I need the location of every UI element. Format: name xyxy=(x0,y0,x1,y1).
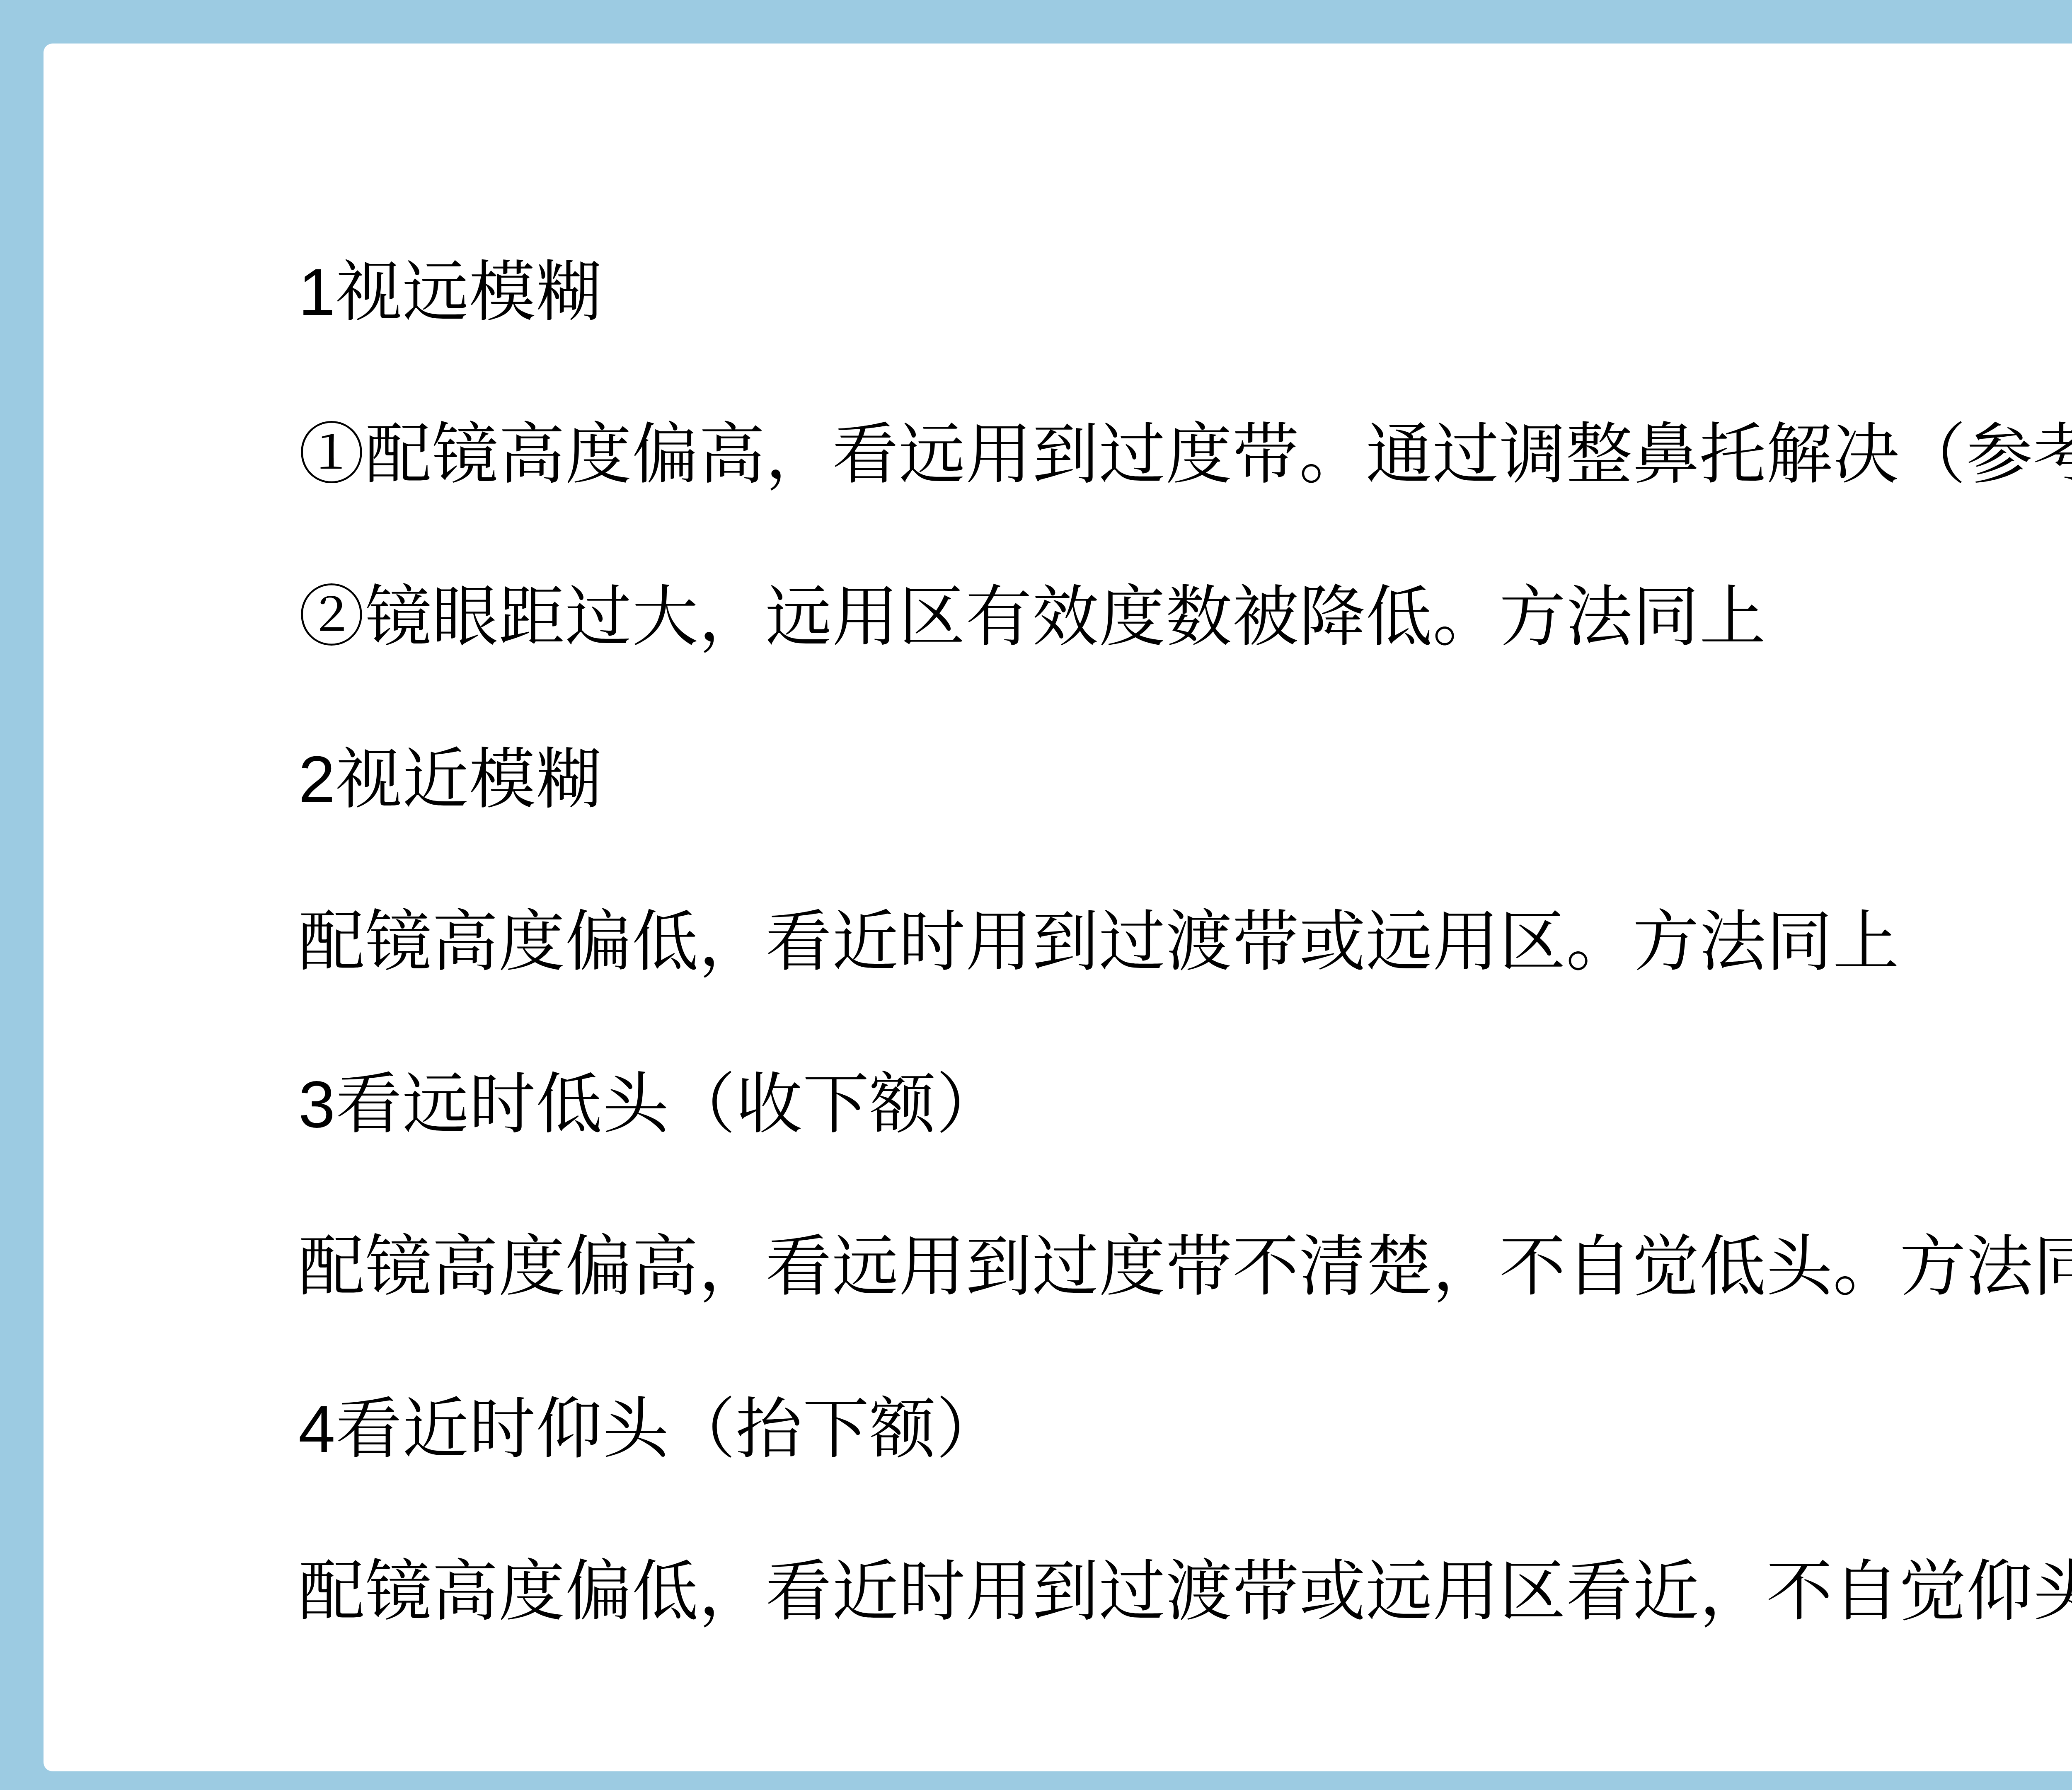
slide-background: 1视远模糊 ①配镜高度偏高，看远用到过度带。通过调整鼻托解决（参考鼻托调整方法）… xyxy=(0,0,2072,1790)
heading-near-blur: 2视近模糊 xyxy=(298,698,2072,861)
heading-head-up: 4看近时仰头（抬下额） xyxy=(298,1348,2072,1510)
text-line-head-down-cause: 配镜高度偏高，看远用到过度带不清楚，不自觉低头。方法同上 xyxy=(298,1185,2072,1348)
heading-distance-blur: 1视远模糊 xyxy=(298,211,2072,373)
text-line-head-up-cause: 配镜高度偏低，看近时用到过渡带或远用区看近，不自觉仰头。方法同上 xyxy=(298,1510,2072,1673)
slide: 1视远模糊 ①配镜高度偏高，看远用到过度带。通过调整鼻托解决（参考鼻托调整方法）… xyxy=(44,44,2072,1771)
heading-head-down: 3看远时低头（收下额） xyxy=(298,1023,2072,1185)
text-line-near-blur-cause: 配镜高度偏低，看近时用到过渡带或远用区。方法同上 xyxy=(298,861,2072,1023)
text-line-cause-1: ①配镜高度偏高，看远用到过度带。通过调整鼻托解决（参考鼻托调整方法） xyxy=(298,373,2072,536)
slide-text-block: 1视远模糊 ①配镜高度偏高，看远用到过度带。通过调整鼻托解决（参考鼻托调整方法）… xyxy=(298,211,2072,1673)
text-line-cause-2: ②镜眼距过大，远用区有效度数被降低。方法同上 xyxy=(298,536,2072,698)
